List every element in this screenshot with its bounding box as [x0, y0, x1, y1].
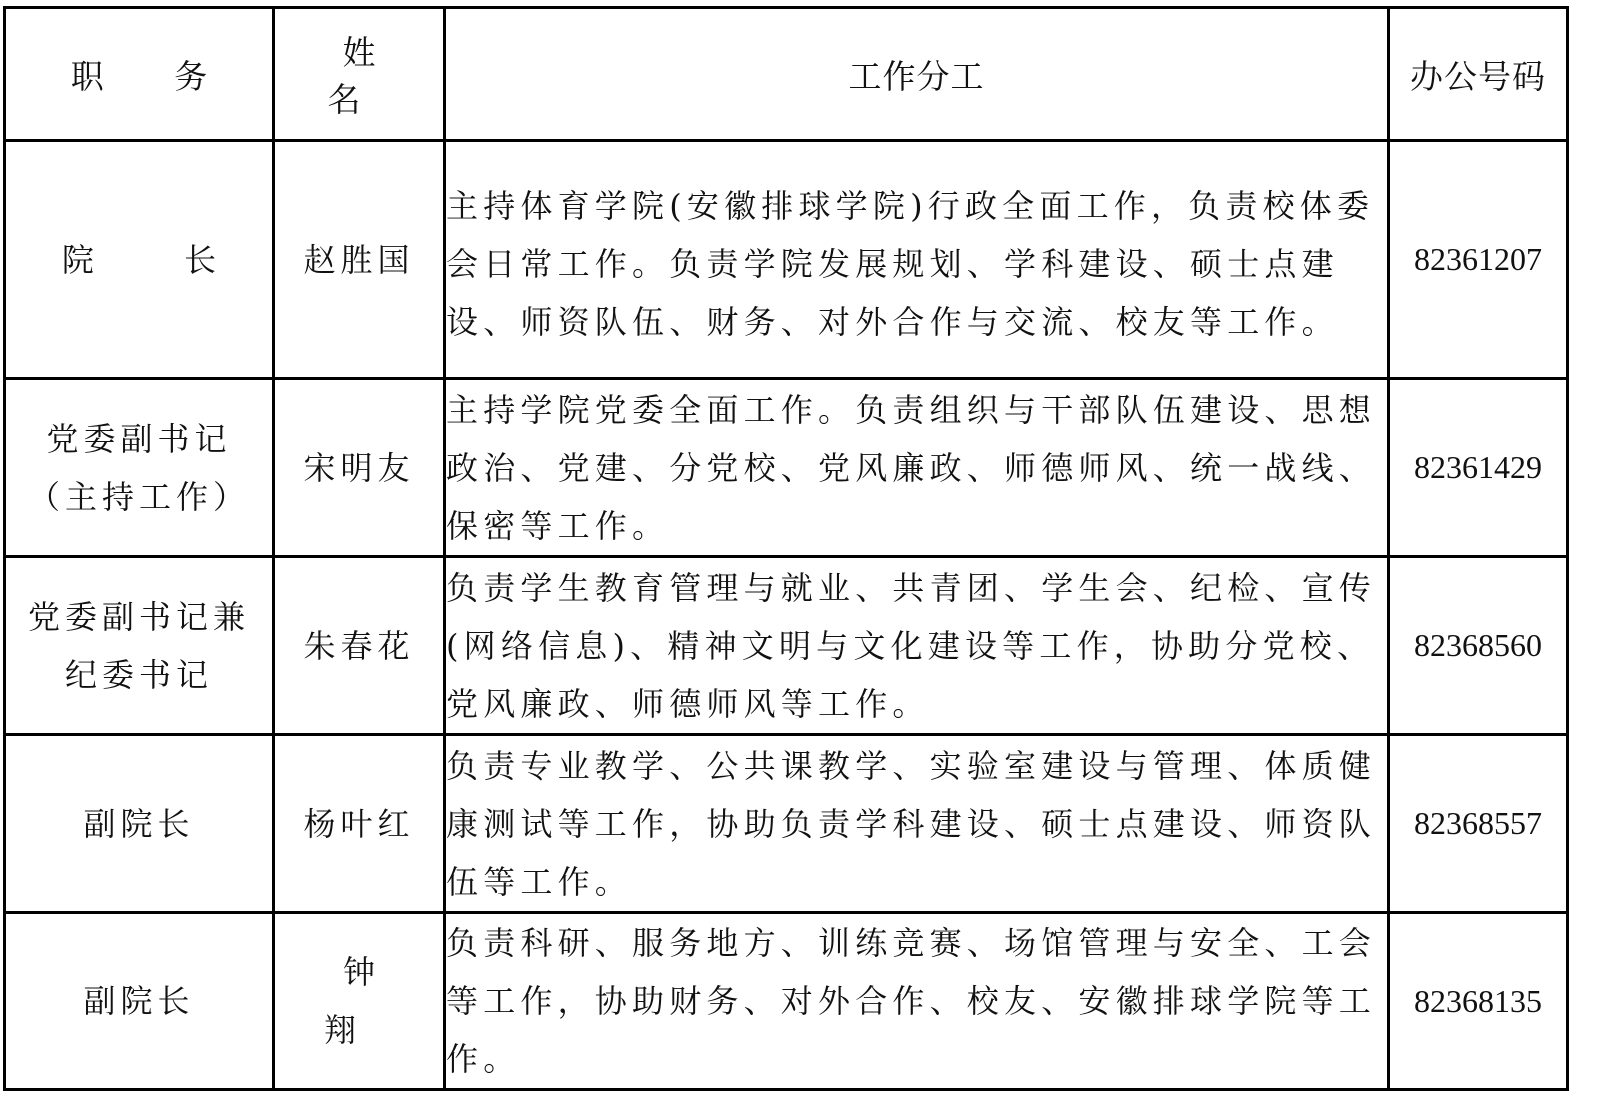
position-cell: 党委副书记兼 纪委书记 [5, 557, 274, 735]
phone-cell: 82368557 [1389, 735, 1568, 913]
position-label-note: （主持工作） [6, 468, 272, 526]
header-duties: 工作分工 [445, 8, 1389, 141]
position-cell: 院 长 [5, 141, 274, 379]
name-cell: 杨叶红 [274, 735, 445, 913]
position-cell: 副院长 [5, 735, 274, 913]
position-label: 党委副书记兼 [6, 588, 272, 646]
phone-cell: 82361207 [1389, 141, 1568, 379]
position-label: 院 长 [6, 231, 272, 289]
name-cell: 朱春花 [274, 557, 445, 735]
table-row: 党委副书记兼 纪委书记 朱春花 负责学生教育管理与就业、共青团、学生会、纪检、宣… [5, 557, 1568, 735]
duties-cell: 负责专业教学、公共课教学、实验室建设与管理、体质健康测试等工作，协助负责学科建设… [445, 735, 1389, 913]
duties-cell: 负责科研、服务地方、训练竞赛、场馆管理与安全、工会等工作，协助财务、对外合作、校… [445, 913, 1389, 1090]
leadership-duty-table: 职 务 姓 名 工作分工 办公号码 院 长 赵胜国 主持体育学院(安徽排球学院)… [3, 6, 1569, 1091]
header-name: 姓 名 [274, 8, 445, 141]
table-header-row: 职 务 姓 名 工作分工 办公号码 [5, 8, 1568, 141]
position-label: 副院长 [6, 795, 272, 853]
name-cell: 钟 翔 [274, 913, 445, 1090]
duties-cell: 主持体育学院(安徽排球学院)行政全面工作，负责校体委会日常工作。负责学院发展规划… [445, 141, 1389, 379]
header-position: 职 务 [5, 8, 274, 141]
name-cell: 赵胜国 [274, 141, 445, 379]
position-label: 党委副书记 [6, 410, 272, 468]
position-label-cont: 纪委书记 [6, 646, 272, 704]
phone-cell: 82368560 [1389, 557, 1568, 735]
position-label: 副院长 [6, 972, 272, 1030]
phone-cell: 82361429 [1389, 379, 1568, 557]
table-row: 院 长 赵胜国 主持体育学院(安徽排球学院)行政全面工作，负责校体委会日常工作。… [5, 141, 1568, 379]
duties-cell: 主持学院党委全面工作。负责组织与干部队伍建设、思想政治、党建、分党校、党风廉政、… [445, 379, 1389, 557]
header-phone: 办公号码 [1389, 8, 1568, 141]
phone-cell: 82368135 [1389, 913, 1568, 1090]
leadership-duty-document: 职 务 姓 名 工作分工 办公号码 院 长 赵胜国 主持体育学院(安徽排球学院)… [3, 6, 1566, 1091]
position-cell: 副院长 [5, 913, 274, 1090]
table-row: 副院长 钟 翔 负责科研、服务地方、训练竞赛、场馆管理与安全、工会等工作，协助财… [5, 913, 1568, 1090]
table-row: 副院长 杨叶红 负责专业教学、公共课教学、实验室建设与管理、体质健康测试等工作，… [5, 735, 1568, 913]
position-cell: 党委副书记 （主持工作） [5, 379, 274, 557]
duties-cell: 负责学生教育管理与就业、共青团、学生会、纪检、宣传(网络信息)、精神文明与文化建… [445, 557, 1389, 735]
name-cell: 宋明友 [274, 379, 445, 557]
table-row: 党委副书记 （主持工作） 宋明友 主持学院党委全面工作。负责组织与干部队伍建设、… [5, 379, 1568, 557]
